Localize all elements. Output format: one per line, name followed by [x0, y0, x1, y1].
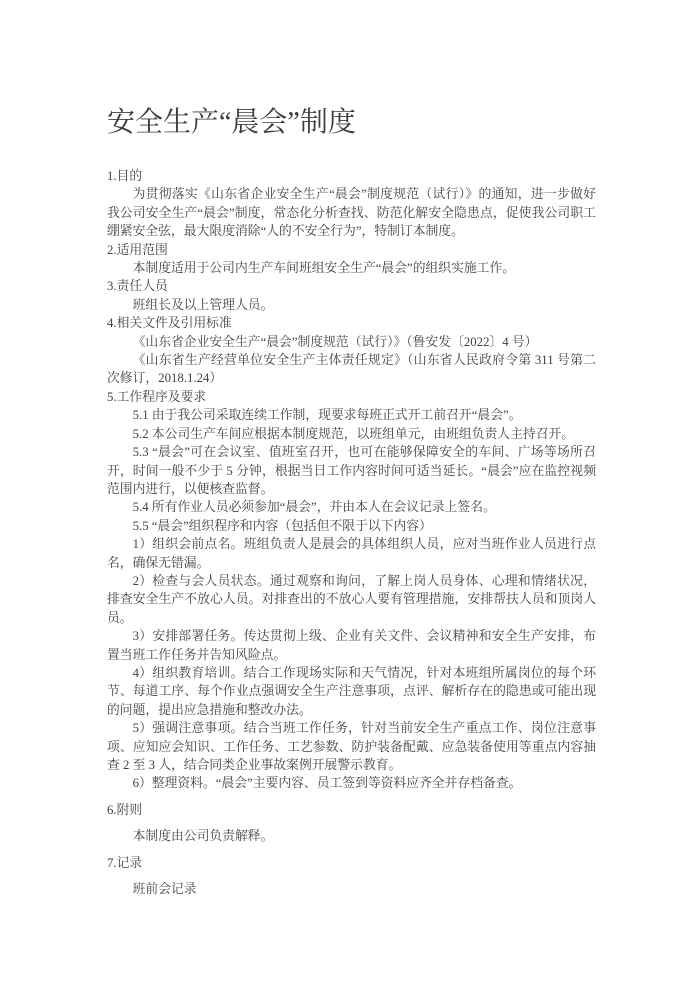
- section-paragraphs: 本制度由公司负责解释。: [107, 827, 596, 845]
- section: 7.记录 班前会记录: [107, 854, 596, 899]
- section-paragraphs: 5.1 由于我公司采取连续工作制，现要求每班正式开工前召开“晨会”。5.2 本公…: [107, 406, 596, 793]
- paragraph: 5）强调注意事项。结合当班工作任务，针对当前安全生产重点工作、岗位注意事项、应知…: [107, 719, 596, 774]
- section: 4.相关文件及引用标准 《山东省企业安全生产“晨会”制度规范（试行）》（鲁安发〔…: [107, 314, 596, 388]
- paragraph: 3）安排部署任务。传达贯彻上级、企业有关文件、会议精神和安全生产安排，布置当班工…: [107, 627, 596, 664]
- document-content: 安全生产“晨会”制度 1.目的 为贯彻落实《山东省企业安全生产“晨会”制度规范（…: [107, 104, 596, 898]
- paragraph: 班组长及以上管理人员。: [107, 296, 596, 314]
- section-paragraphs: 班组长及以上管理人员。: [107, 296, 596, 314]
- paragraph: 5.1 由于我公司采取连续工作制，现要求每班正式开工前召开“晨会”。: [107, 406, 596, 424]
- section-heading: 5.工作程序及要求: [107, 388, 596, 406]
- section-heading: 2.适用范围: [107, 241, 596, 259]
- sections: 1.目的 为贯彻落实《山东省企业安全生产“晨会”制度规范（试行）》的通知，进一步…: [107, 167, 596, 898]
- section: 6.附则 本制度由公司负责解释。: [107, 801, 596, 846]
- section-heading: 1.目的: [107, 167, 596, 185]
- section-paragraphs: 班前会记录: [107, 880, 596, 898]
- section-paragraphs: 本制度适用于公司内生产车间班组安全生产“晨会”的组织实施工作。: [107, 259, 596, 277]
- section-heading: 6.附则: [107, 801, 596, 819]
- section: 1.目的 为贯彻落实《山东省企业安全生产“晨会”制度规范（试行）》的通知，进一步…: [107, 167, 596, 241]
- paragraph: 《山东省生产经营单位安全生产主体责任规定》（山东省人民政府令第 311 号第二次…: [107, 351, 596, 388]
- page-title: 安全生产“晨会”制度: [107, 104, 596, 142]
- paragraph: 4）组织教育培训。结合工作现场实际和天气情况，针对本班组所属岗位的每个环节、每道…: [107, 664, 596, 719]
- document-page: 安全生产“晨会”制度 1.目的 为贯彻落实《山东省企业安全生产“晨会”制度规范（…: [0, 0, 700, 990]
- paragraph: 5.3 “晨会”可在会议室、值班室召开，也可在能够保障安全的车间、广场等场所召开…: [107, 443, 596, 498]
- section: 2.适用范围 本制度适用于公司内生产车间班组安全生产“晨会”的组织实施工作。: [107, 241, 596, 278]
- section: 5.工作程序及要求 5.1 由于我公司采取连续工作制，现要求每班正式开工前召开“…: [107, 388, 596, 793]
- section-paragraphs: 《山东省企业安全生产“晨会”制度规范（试行）》（鲁安发〔2022〕4 号）《山东…: [107, 333, 596, 388]
- section-paragraphs: 为贯彻落实《山东省企业安全生产“晨会”制度规范（试行）》的通知，进一步做好我公司…: [107, 185, 596, 240]
- section: 3.责任人员 班组长及以上管理人员。: [107, 277, 596, 314]
- paragraph: 6）整理资料。“晨会”主要内容、员工签到等资料应齐全并存档备查。: [107, 774, 596, 792]
- paragraph: 5.4 所有作业人员必须参加“晨会”，并由本人在会议记录上签名。: [107, 498, 596, 516]
- paragraph: 本制度由公司负责解释。: [107, 827, 596, 845]
- paragraph: 为贯彻落实《山东省企业安全生产“晨会”制度规范（试行）》的通知，进一步做好我公司…: [107, 185, 596, 240]
- section-heading: 4.相关文件及引用标准: [107, 314, 596, 332]
- paragraph: 1）组织会前点名。班组负责人是晨会的具体组织人员，应对当班作业人员进行点名，确保…: [107, 535, 596, 572]
- section-heading: 7.记录: [107, 854, 596, 872]
- paragraph: 班前会记录: [107, 880, 596, 898]
- paragraph: 5.5 “晨会”组织程序和内容（包括但不限于以下内容）: [107, 517, 596, 535]
- paragraph: 2）检查与会人员状态。通过观察和询问，了解上岗人员身体、心理和情绪状况，排查安全…: [107, 572, 596, 627]
- paragraph: 5.2 本公司生产车间应根据本制度规范，以班组单元，由班组负责人主持召开。: [107, 425, 596, 443]
- section-heading: 3.责任人员: [107, 277, 596, 295]
- paragraph: 《山东省企业安全生产“晨会”制度规范（试行）》（鲁安发〔2022〕4 号）: [107, 333, 596, 351]
- paragraph: 本制度适用于公司内生产车间班组安全生产“晨会”的组织实施工作。: [107, 259, 596, 277]
